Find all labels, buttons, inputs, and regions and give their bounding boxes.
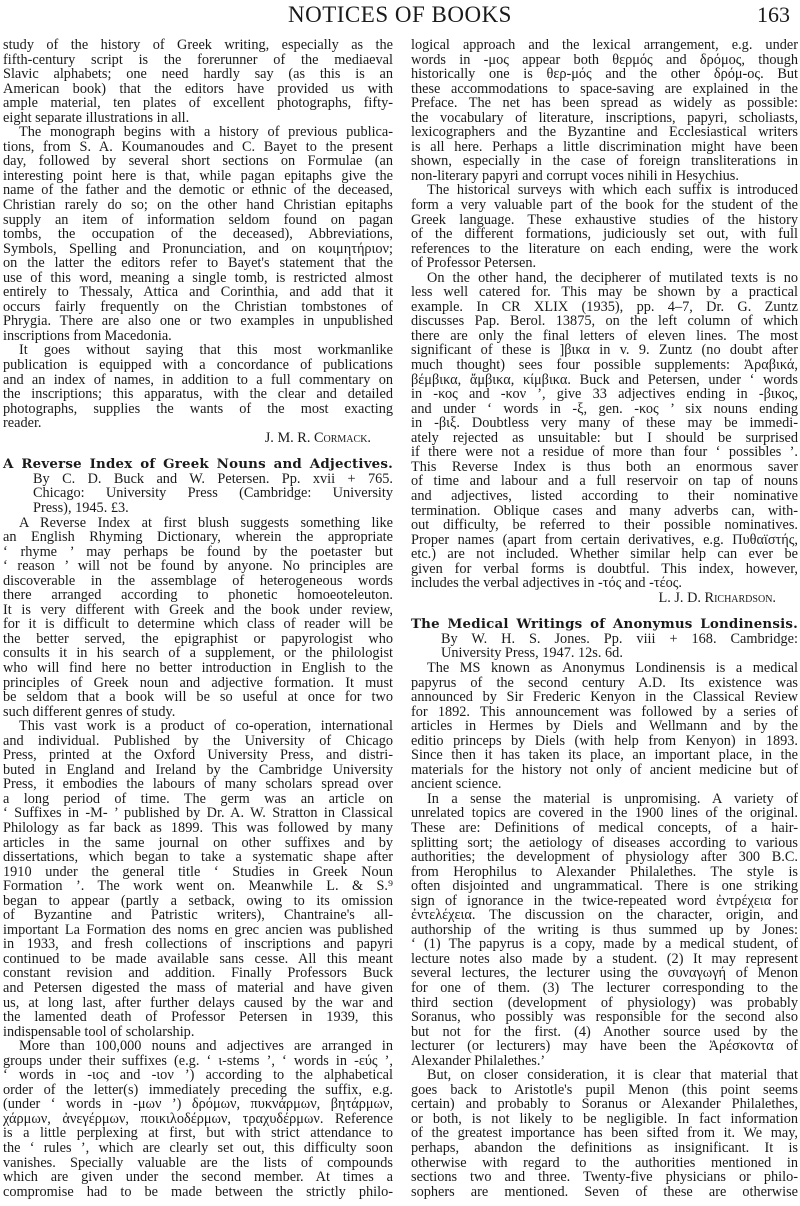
paragraph-line: Christian rarely do so; on the other han…: [3, 198, 393, 213]
paragraph-line: lecture notes also made by a student. (2…: [411, 952, 798, 967]
paragraph-line: etc.) are not included. Whether similar …: [411, 547, 798, 562]
paragraph-line: us, at long last, after further delays c…: [3, 996, 393, 1011]
page-header: NOTICES OF BOOKS 163: [0, 0, 800, 30]
left-column: study of the history of Greek writing, e…: [3, 38, 393, 1199]
paragraph-line: logical approach and the lexical arrange…: [411, 38, 798, 53]
paragraph-line: ἐντελέχεια. The discussion on the charac…: [411, 908, 798, 923]
paragraph-line: the ‘ rules ’, which are clearly set out…: [3, 1141, 393, 1156]
paragraph-line: form a very valuable part of the book fo…: [411, 198, 798, 213]
paragraph-line: Philology as far back as 1899. This was …: [3, 821, 393, 836]
paragraph-line: the better served, the epigraphist or pa…: [3, 632, 393, 647]
paragraph-line: dissertations, which began to take a sys…: [3, 850, 393, 865]
paragraph-line: and individual. Published by the Univers…: [3, 734, 393, 749]
paragraph-line: often disjointed and ungrammatical. Ther…: [411, 879, 798, 894]
paragraph-line: an English Rhyming Dictionary, wherein t…: [3, 530, 393, 545]
running-title: NOTICES OF BOOKS: [0, 2, 800, 28]
paragraph-line: A Reverse Index at first blush suggests …: [3, 516, 393, 531]
paragraph-line: if there were not a residue of more than…: [411, 445, 798, 460]
paragraph-line: and adjectives, listed according to thei…: [411, 489, 798, 504]
paragraph-line: is a little perplexing at first, but wit…: [3, 1126, 393, 1141]
paragraph-line: This Reverse Index is thus both an enorm…: [411, 460, 798, 475]
paragraph-line: splitting sort; the aetiology of disease…: [411, 836, 798, 851]
paragraph-line: of Professor Petersen.: [411, 256, 798, 271]
paragraph-line: photographs, supplies the wants of the m…: [3, 402, 393, 417]
paragraph-line: on the latter the editors refer to Bayet…: [3, 256, 393, 271]
paragraph-line: Proper names (apart from certain derivat…: [411, 533, 798, 548]
paragraph-line: references to the literature on each end…: [411, 242, 798, 257]
paragraph-line: The historical surveys with which each s…: [411, 183, 798, 198]
paragraph-line: ‘ reason ’ will not be found by anyone. …: [3, 559, 393, 574]
paragraph-line: and Petersen digested the mass of materi…: [3, 981, 393, 996]
paragraph-line: order of the letter(s) immediately prece…: [3, 1083, 393, 1098]
paragraph-line: words in -μος appear both θερμός and δρό…: [411, 53, 798, 68]
citation-line: University Press, 1947. 12s. 6d.: [411, 646, 798, 661]
paragraph-line: This vast work is a product of co-operat…: [3, 719, 393, 734]
paragraph-line: of the greatest importance has been sift…: [411, 1126, 798, 1141]
paragraph-line: tombs, the occupation of the deceased), …: [3, 227, 393, 242]
paragraph-line: Symbols, Spelling and Pronunciation, and…: [3, 242, 393, 257]
paragraph-line: ‘ Suffixes in -M- ’ published by Dr. A. …: [3, 806, 393, 821]
paragraph-line: reader.: [3, 416, 393, 431]
paragraph-line: Preface. The net has been spread as wide…: [411, 96, 798, 111]
paragraph-line: consults it in his search of a supplemen…: [3, 646, 393, 661]
paragraph-line: These are: Definitions of medical concep…: [411, 821, 798, 836]
paragraph-line: be seldom that a book will be so useful …: [3, 690, 393, 705]
citation-line: By C. D. Buck and W. Petersen. Pp. xvii …: [3, 472, 393, 487]
paragraph-line: continued to be made available sans cess…: [3, 952, 393, 967]
paragraph-line: out difficulty, be referred to their pos…: [411, 518, 798, 533]
paragraph-line: these accommodations to space-saving are…: [411, 82, 798, 97]
paragraph-line: sign of ignorance in the twice-repeated …: [411, 894, 798, 909]
paragraph-line: a long period of time. The germ was an a…: [3, 792, 393, 807]
paragraph-line: authorities; the development of physiolo…: [411, 850, 798, 865]
paragraph-line: perhaps, abandon the definitions as insi…: [411, 1141, 798, 1156]
paragraph-line: several lectures, the lecturer using the…: [411, 966, 798, 981]
paragraph-line: given for verbal forms is doubtful. This…: [411, 562, 798, 577]
paragraph-line: day, followed by several short sections …: [3, 154, 393, 169]
paragraph-line: announced by Sir Frederic Kenyon in the …: [411, 690, 798, 705]
paragraph-line: Press, printed at the Oxford University …: [3, 748, 393, 763]
paragraph-line: articles in Hermes by Diels and Wellmann…: [411, 719, 798, 734]
paragraph-line: materials for the history not only of an…: [411, 763, 798, 778]
paragraph-line: study of the history of Greek writing, e…: [3, 38, 393, 53]
paragraph-line: ancient science.: [411, 777, 798, 792]
paragraph-line: Soranus, who possibly was responsible fo…: [411, 1010, 798, 1025]
reviewer-signature: L. J. D. Richardson.: [411, 591, 798, 606]
paragraph-line: entirely to Thessaly, Attica and Corinth…: [3, 285, 393, 300]
paragraph-line: lecturer (or lecturers) may have been th…: [411, 1039, 798, 1054]
paragraph-line: of time and labour and a full reservoir …: [411, 474, 798, 489]
paragraph-line: vanishes. Specially valuable are the lis…: [3, 1156, 393, 1171]
paragraph-line: but not for the first. (4) Another sourc…: [411, 1025, 798, 1040]
paragraph-line: of the different formations, judiciously…: [411, 227, 798, 242]
paragraph-line: otherwise with regard to the authorities…: [411, 1156, 798, 1171]
paragraph-line: Greek language. These exhaustive studies…: [411, 213, 798, 228]
paragraph-line: It goes without saying that this most wo…: [3, 343, 393, 358]
paragraph-line: Since then it has taken its place, an im…: [411, 748, 798, 763]
paragraph-line: for one of them. (3) The lecturer corres…: [411, 981, 798, 996]
citation-line: Press), 1945. £3.: [3, 501, 393, 516]
paragraph-line: ‘ rhyme ’ may perhaps be found by the po…: [3, 545, 393, 560]
paragraph-line: significant of these is ]βικα in v. 9. Z…: [411, 343, 798, 358]
paragraph-line: lexicographers and the Byzantine and Ecc…: [411, 125, 798, 140]
paragraph-line: who will find here no better introductio…: [3, 661, 393, 676]
paragraph-line: discusses Pap. Berol. 13875, on the left…: [411, 314, 798, 329]
paragraph-line: occurs fairly frequently on the Christia…: [3, 300, 393, 315]
paragraph-line: example. In CR XLIX (1935), pp. 4–7, Dr.…: [411, 300, 798, 315]
paragraph-line: certain) and probably to Soranus or Alex…: [411, 1097, 798, 1112]
paragraph-line: there arranged according to phonetic hom…: [3, 588, 393, 603]
paragraph-line: (under ‘ words in -μων ’) δρόμων, πυκνάρ…: [3, 1097, 393, 1112]
paragraph-line: indispensable tool of scholarship.: [3, 1025, 393, 1040]
review-title: A Reverse Index of Greek Nouns and Adjec…: [3, 457, 393, 472]
page-number: 163: [757, 2, 790, 28]
paragraph-line: The MS known as Anonymus Londinensis is …: [411, 661, 798, 676]
paragraph-line: the inscriptions; this apparatus, with t…: [3, 387, 393, 402]
paragraph-line: fifth-century script is the forerunner o…: [3, 53, 393, 68]
paragraph-line: American book) that the editors have pro…: [3, 82, 393, 97]
paragraph-line: shown, especially in the case of foreign…: [411, 154, 798, 169]
paragraph-line: But, on closer consideration, it is clea…: [411, 1068, 798, 1083]
paragraph-line: More than 100,000 nouns and adjectives a…: [3, 1039, 393, 1054]
paragraph-line: principles of Greek noun and adjective f…: [3, 676, 393, 691]
paragraph-line: Press, it embodies the labours of many s…: [3, 777, 393, 792]
paragraph-line: of Byzantine and Patristic writers), Cha…: [3, 908, 393, 923]
paragraph-line: editio princeps by Diels (with help from…: [411, 734, 798, 749]
paragraph-line: in -κος and -κον ’, give 33 adjectives e…: [411, 387, 798, 402]
paragraph-line: inscriptions from Macedonia.: [3, 329, 393, 344]
paragraph-line: the lamented death of Professor Petersen…: [3, 1010, 393, 1025]
paragraph-line: which are given under the second member.…: [3, 1170, 393, 1185]
paragraph-line: It is very different with Greek and the …: [3, 603, 393, 618]
paragraph-line: sections two and three. Twenty-five phys…: [411, 1170, 798, 1185]
paragraph-line: in -βιξ. Doubtless very many of these ma…: [411, 416, 798, 431]
paragraph-line: much thought) sees four possible supplem…: [411, 358, 798, 373]
paragraph-line: buted in England and Ireland by the Camb…: [3, 763, 393, 778]
paragraph-line: ample material, ten plates of excellent …: [3, 96, 393, 111]
paragraph-line: there are only the final letters of elev…: [411, 329, 798, 344]
paragraph-line: Alexander Philalethes.’: [411, 1054, 798, 1069]
paragraph-line: began to appear (partly a setback, owing…: [3, 894, 393, 909]
paragraph-line: 1910 under the general title ‘ Studies i…: [3, 865, 393, 880]
review-title: The Medical Writings of Anonymus Londine…: [411, 617, 798, 632]
paragraph-line: and under ‘ words in -ξ, gen. -κος ’ six…: [411, 402, 798, 417]
paragraph-line: or both, is not likely to be negligible.…: [411, 1112, 798, 1127]
paragraph-line: χάρμων, ἀνεγέρμων, ποικιλοδέρμων, τραχυδ…: [3, 1112, 393, 1127]
paragraph-line: In a sense the material is unpromising. …: [411, 792, 798, 807]
paragraph-line: authorship of the writing is thus summed…: [411, 923, 798, 938]
paragraph-line: sophers are mentioned. Seven of these ar…: [411, 1185, 798, 1200]
paragraph-line: non-literary papyri and corrupt voces ni…: [411, 169, 798, 184]
paragraph-line: compromise had to be made between the st…: [3, 1185, 393, 1200]
right-column: logical approach and the lexical arrange…: [411, 38, 798, 1199]
citation-line: By W. H. S. Jones. Pp. viii + 168. Cambr…: [411, 632, 798, 647]
paragraph-line: Slavic alphabets; one need hardly say (a…: [3, 67, 393, 82]
paragraph-line: termination. Oblique cases and many adve…: [411, 504, 798, 519]
paragraph-line: goes back to Aristotle's pupil Menon (th…: [411, 1083, 798, 1098]
paragraph-line: ately rejected as unsuitable: but I shou…: [411, 431, 798, 446]
paragraph-line: βέμβικα, ἄμβικα, κίμβικα. Buck and Peter…: [411, 373, 798, 388]
paragraph-line: constant revision and addition. Finally …: [3, 966, 393, 981]
paragraph-line: is all here. Perhaps a little discrimina…: [411, 140, 798, 155]
paragraph-line: includes the verbal adjectives in -τός a…: [411, 576, 798, 591]
paragraph-line: for it is difficult to determine which c…: [3, 617, 393, 632]
paragraph-line: Formation ’. The work went on. Meanwhile…: [3, 879, 393, 894]
paragraph-line: articles in the same journal on other su…: [3, 836, 393, 851]
paragraph-line: papyrus of the second century A.D. Its e…: [411, 676, 798, 691]
paragraph-line: third section (development of physiology…: [411, 996, 798, 1011]
paragraph-line: discoverable in the assemblage of hetero…: [3, 574, 393, 589]
paragraph-line: ‘ words in -ιος and -ιον ’) according to…: [3, 1068, 393, 1083]
paragraph-line: use of this word, meaning a single tomb,…: [3, 271, 393, 286]
paragraph-line: interesting point here is that, while pa…: [3, 169, 393, 184]
paragraph-line: such different genres of study.: [3, 705, 393, 720]
citation-line: Chicago: University Press (Cambridge: Un…: [3, 486, 393, 501]
paragraph-line: On the other hand, the decipherer of mut…: [411, 271, 798, 286]
paragraph-line: for 1892. This announcement was followed…: [411, 705, 798, 720]
paragraph-line: tions, from S. A. Koumanoudes and C. Bay…: [3, 140, 393, 155]
paragraph-line: groups under their suffixes (e.g. ‘ ι-st…: [3, 1054, 393, 1069]
paragraph-line: from Herophilus to Alexander Philalethes…: [411, 865, 798, 880]
paragraph-line: ‘ (1) The papyrus is a copy, made by a m…: [411, 937, 798, 952]
paragraph-line: historically one is θερ-μός and the othe…: [411, 67, 798, 82]
paragraph-line: eight separate illustrations in all.: [3, 111, 393, 126]
reviewer-signature: J. M. R. Cormack.: [3, 431, 393, 446]
paragraph-line: in 1933, and fresh collections of inscri…: [3, 937, 393, 952]
paragraph-line: the vocabulary of literature, inscriptio…: [411, 111, 798, 126]
paragraph-line: The monograph begins with a history of p…: [3, 125, 393, 140]
paragraph-line: less well catered for. This may be shown…: [411, 285, 798, 300]
paragraph-line: publication is equipped with a concordan…: [3, 358, 393, 373]
paragraph-line: unrelated topics are covered in the 1900…: [411, 806, 798, 821]
paragraph-line: Phrygia. There are also one or two examp…: [3, 314, 393, 329]
paragraph-line: and an index of names, in addition to a …: [3, 373, 393, 388]
paragraph-line: supply an item of information seldom fou…: [3, 213, 393, 228]
paragraph-line: name of the father and the demotic or et…: [3, 183, 393, 198]
paragraph-line: important La Formation des noms en grec …: [3, 923, 393, 938]
